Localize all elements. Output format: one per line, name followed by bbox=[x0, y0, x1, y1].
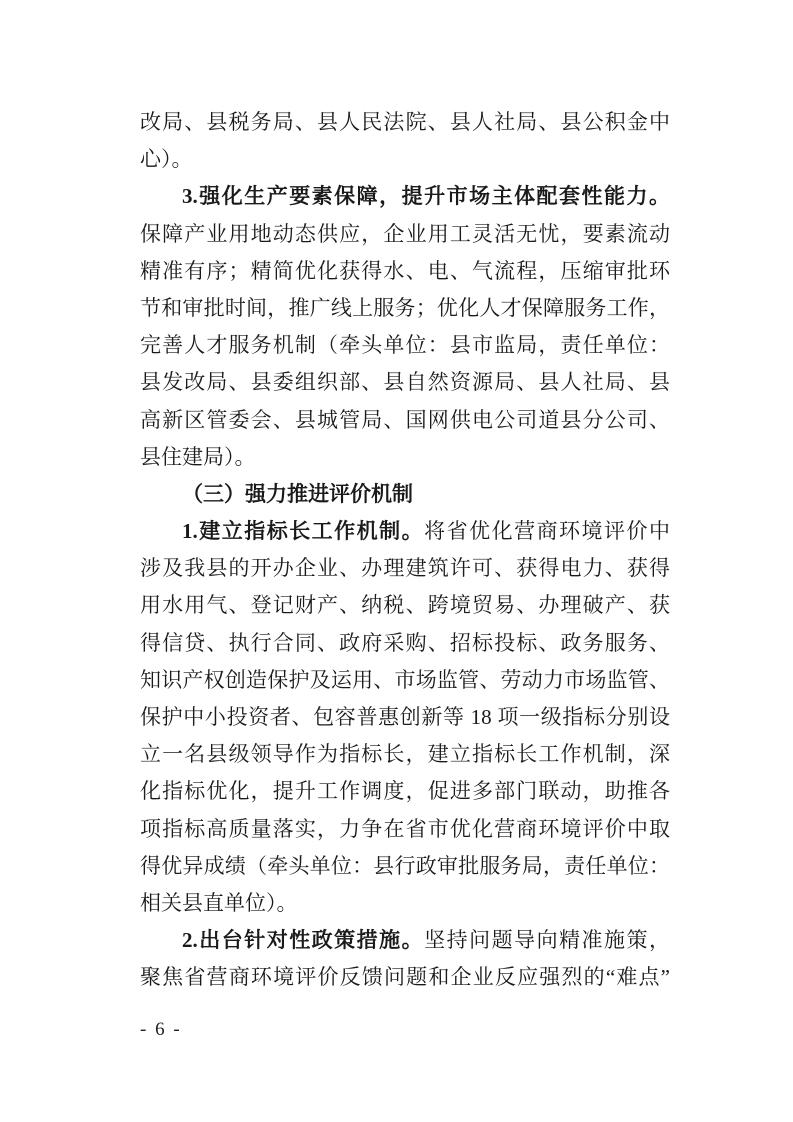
text-line: 得优异成绩（牵头单位：县行政审批服务局，责任单位： bbox=[140, 848, 670, 885]
text-line: 县发改局、县委组织部、县自然资源局、县人社局、县 bbox=[140, 364, 670, 401]
document-body: 改局、县税务局、县人民法院、县人社局、县公积金中 心）。 3.强化生产要素保障，… bbox=[140, 104, 670, 997]
text-line: 精准有序；精简优化获得水、电、气流程，压缩审批环 bbox=[140, 253, 670, 290]
text-line: 改局、县税务局、县人民法院、县人社局、县公积金中 bbox=[140, 104, 670, 141]
document-page: 改局、县税务局、县人民法院、县人社局、县公积金中 心）。 3.强化生产要素保障，… bbox=[0, 0, 793, 1122]
text-line: 聚焦省营商环境评价反馈问题和企业反应强烈的“难点” bbox=[140, 959, 670, 996]
text-run: 将省优化营商环境评价中 bbox=[424, 519, 670, 543]
paragraph-heading-targeted-policy: 2.出台针对性政策措施。 bbox=[182, 928, 424, 952]
text-line: 项指标高质量落实，力争在省市优化营商环境评价中取 bbox=[140, 811, 670, 848]
section-heading-evaluation-mechanism: （三）强力推进评价机制 bbox=[140, 476, 670, 513]
text-line: 完善人才服务机制（牵头单位：县市监局，责任单位： bbox=[140, 327, 670, 364]
text-line: 涉及我县的开办企业、办理建筑许可、获得电力、获得 bbox=[140, 550, 670, 587]
text-line: 节和审批时间，推广线上服务；优化人才保障服务工作， bbox=[140, 290, 670, 327]
text-line: 用水用气、登记财产、纳税、跨境贸易、办理破产、获 bbox=[140, 587, 670, 624]
text-line: 立一名县级领导作为指标长，建立指标长工作机制，深 bbox=[140, 736, 670, 773]
paragraph-heading-indicator-chief: 1.建立指标长工作机制。 bbox=[182, 519, 424, 543]
text-line: 化指标优化，提升工作调度，促进多部门联动，助推各 bbox=[140, 773, 670, 810]
text-line: 1.建立指标长工作机制。将省优化营商环境评价中 bbox=[140, 513, 670, 550]
text-line: 县住建局）。 bbox=[140, 439, 670, 476]
text-line: 心）。 bbox=[140, 141, 670, 178]
text-line: 高新区管委会、县城管局、国网供电公司道县分公司、 bbox=[140, 402, 670, 439]
text-line: 保障产业用地动态供应，企业用工灵活无忧，要素流动 bbox=[140, 216, 670, 253]
text-line: 2.出台针对性政策措施。坚持问题导向精准施策， bbox=[140, 922, 670, 959]
text-line: 相关县直单位）。 bbox=[140, 885, 670, 922]
paragraph-heading-strengthen-production-factors: 3.强化生产要素保障，提升市场主体配套性能力。 bbox=[140, 178, 670, 215]
text-run: 坚持问题导向精准施策， bbox=[424, 928, 670, 952]
text-line: 保护中小投资者、包容普惠创新等 18 项一级指标分别设 bbox=[140, 699, 670, 736]
text-line: 知识产权创造保护及运用、市场监管、劳动力市场监管、 bbox=[140, 662, 670, 699]
page-number: - 6 - bbox=[140, 1018, 182, 1042]
text-line: 得信贷、执行合同、政府采购、招标投标、政务服务、 bbox=[140, 625, 670, 662]
